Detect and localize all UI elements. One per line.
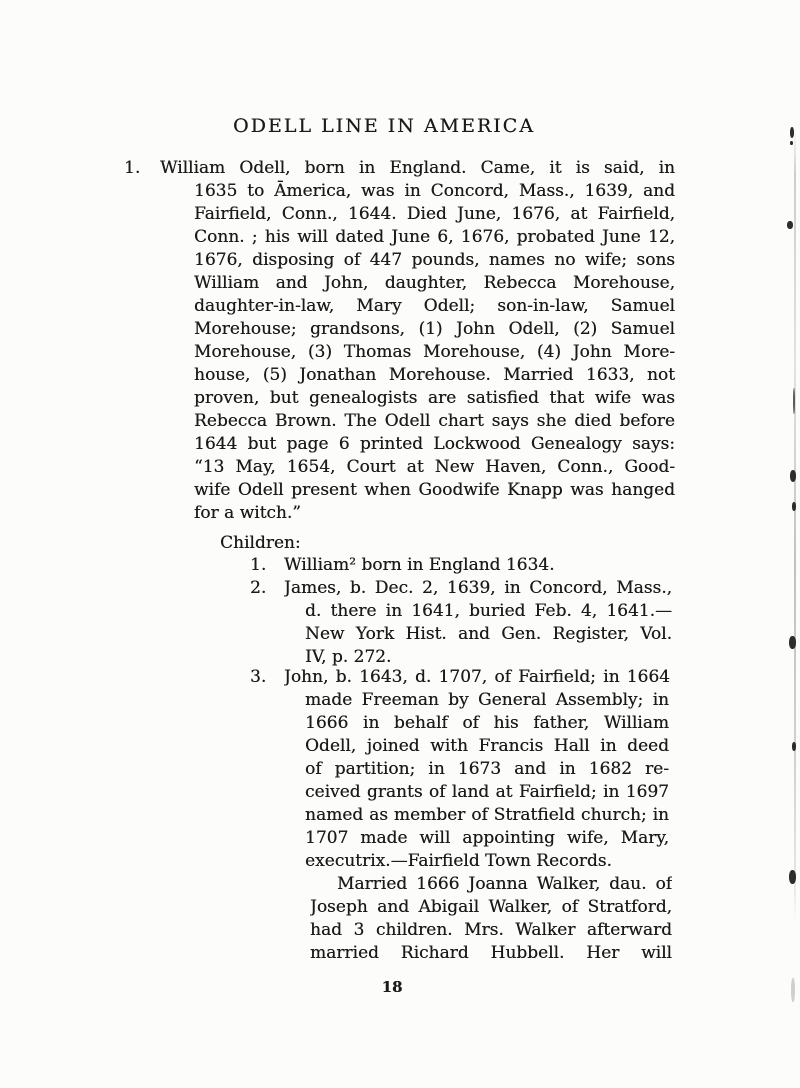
entry-first-line: William Odell, born in England. Came, it… (160, 157, 675, 180)
text-line: 1676, disposing of 447 pounds, names no … (194, 249, 675, 272)
text-line: Morehouse; grandsons, (1) John Odell, (2… (194, 318, 675, 341)
scan-speck (792, 502, 796, 511)
text-line: named as member of Stratfield church; in (305, 804, 669, 827)
scan-speck (787, 221, 793, 229)
scan-speck (791, 978, 795, 1002)
text-line: Rebecca Brown. The Odell chart says she … (194, 410, 675, 433)
text-line: wife Odell present when Goodwife Knapp w… (194, 479, 675, 502)
child-number: 2. (250, 577, 266, 600)
text-line: daughter-in-law, Mary Odell; son-in-law,… (194, 295, 675, 318)
scan-speck (789, 636, 796, 649)
text-line: New York Hist. and Gen. Register, Vol. (305, 623, 672, 646)
text-line: d. there in 1641, buried Feb. 4, 1641.— (305, 600, 672, 623)
scan-speck (792, 742, 796, 751)
child-number: 1. (250, 554, 266, 577)
text-line: Conn. ; his will dated June 6, 1676, pro… (194, 226, 675, 249)
child-item-james-first-line: James, b. Dec. 2, 1639, in Concord, Mass… (284, 577, 672, 600)
scan-speck (790, 470, 796, 482)
page-heading: ODELL LINE IN AMERICA (0, 112, 768, 140)
page-number: 18 (0, 977, 784, 997)
text-line: Morehouse, (3) Thomas Morehouse, (4) Joh… (194, 341, 675, 364)
scan-speck (793, 388, 795, 414)
text-line: Joseph and Abigail Walker, of Stratford, (310, 896, 672, 919)
text-line: “13 May, 1654, Court at New Haven, Conn.… (194, 456, 675, 479)
text-line: 1644 but page 6 printed Lockwood Genealo… (194, 433, 675, 456)
scan-edge-line (794, 128, 796, 923)
child-item-john-first-line: John, b. 1643, d. 1707, of Fairfield; in… (284, 666, 670, 689)
scan-speck (790, 141, 793, 145)
text-line: proven, but genealogists are satisfied t… (194, 387, 675, 410)
text-line: 1635 to Āmerica, was in Concord, Mass., … (194, 180, 675, 203)
child-item-william: William² born in England 1634. (284, 554, 672, 577)
text-line: ceived grants of land at Fairfield; in 1… (305, 781, 669, 804)
text-line: had 3 children. Mrs. Walker afterward (310, 919, 672, 942)
children-label: Children: (220, 532, 301, 555)
text-line: married Richard Hubbell. Her will (310, 942, 672, 965)
text-line: William and John, daughter, Rebecca More… (194, 272, 675, 295)
text-line: of partition; in 1673 and in 1682 re- (305, 758, 669, 781)
text-line: house, (5) Jonathan Morehouse. Married 1… (194, 364, 675, 387)
text-line: Fairfield, Conn., 1644. Died June, 1676,… (194, 203, 675, 226)
text-line: 1666 in behalf of his father, William (305, 712, 669, 735)
entry-number: 1. (124, 157, 140, 180)
child-number: 3. (250, 666, 266, 689)
entry-paragraph: 1635 to Āmerica, was in Concord, Mass., … (194, 180, 675, 525)
marriage-paragraph: Married 1666 Joanna Walker, dau. ofJosep… (310, 873, 672, 965)
text-line: 1707 made will appointing wife, Mary, (305, 827, 669, 850)
scanned-book-page: ODELL LINE IN AMERICA 1. William Odell, … (0, 0, 800, 1088)
child-item-john-paragraph: made Freeman by General Assembly; in1666… (305, 689, 669, 873)
text-line: Odell, joined with Francis Hall in deed (305, 735, 669, 758)
child-item-james-paragraph: d. there in 1641, buried Feb. 4, 1641.—N… (305, 600, 672, 669)
scan-speck (790, 127, 794, 138)
text-line: executrix.—Fairfield Town Records. (305, 850, 669, 873)
text-line: for a witch.” (194, 502, 675, 525)
text-line: made Freeman by General Assembly; in (305, 689, 669, 712)
scan-speck (789, 870, 796, 884)
text-line: Married 1666 Joanna Walker, dau. of (310, 873, 672, 896)
